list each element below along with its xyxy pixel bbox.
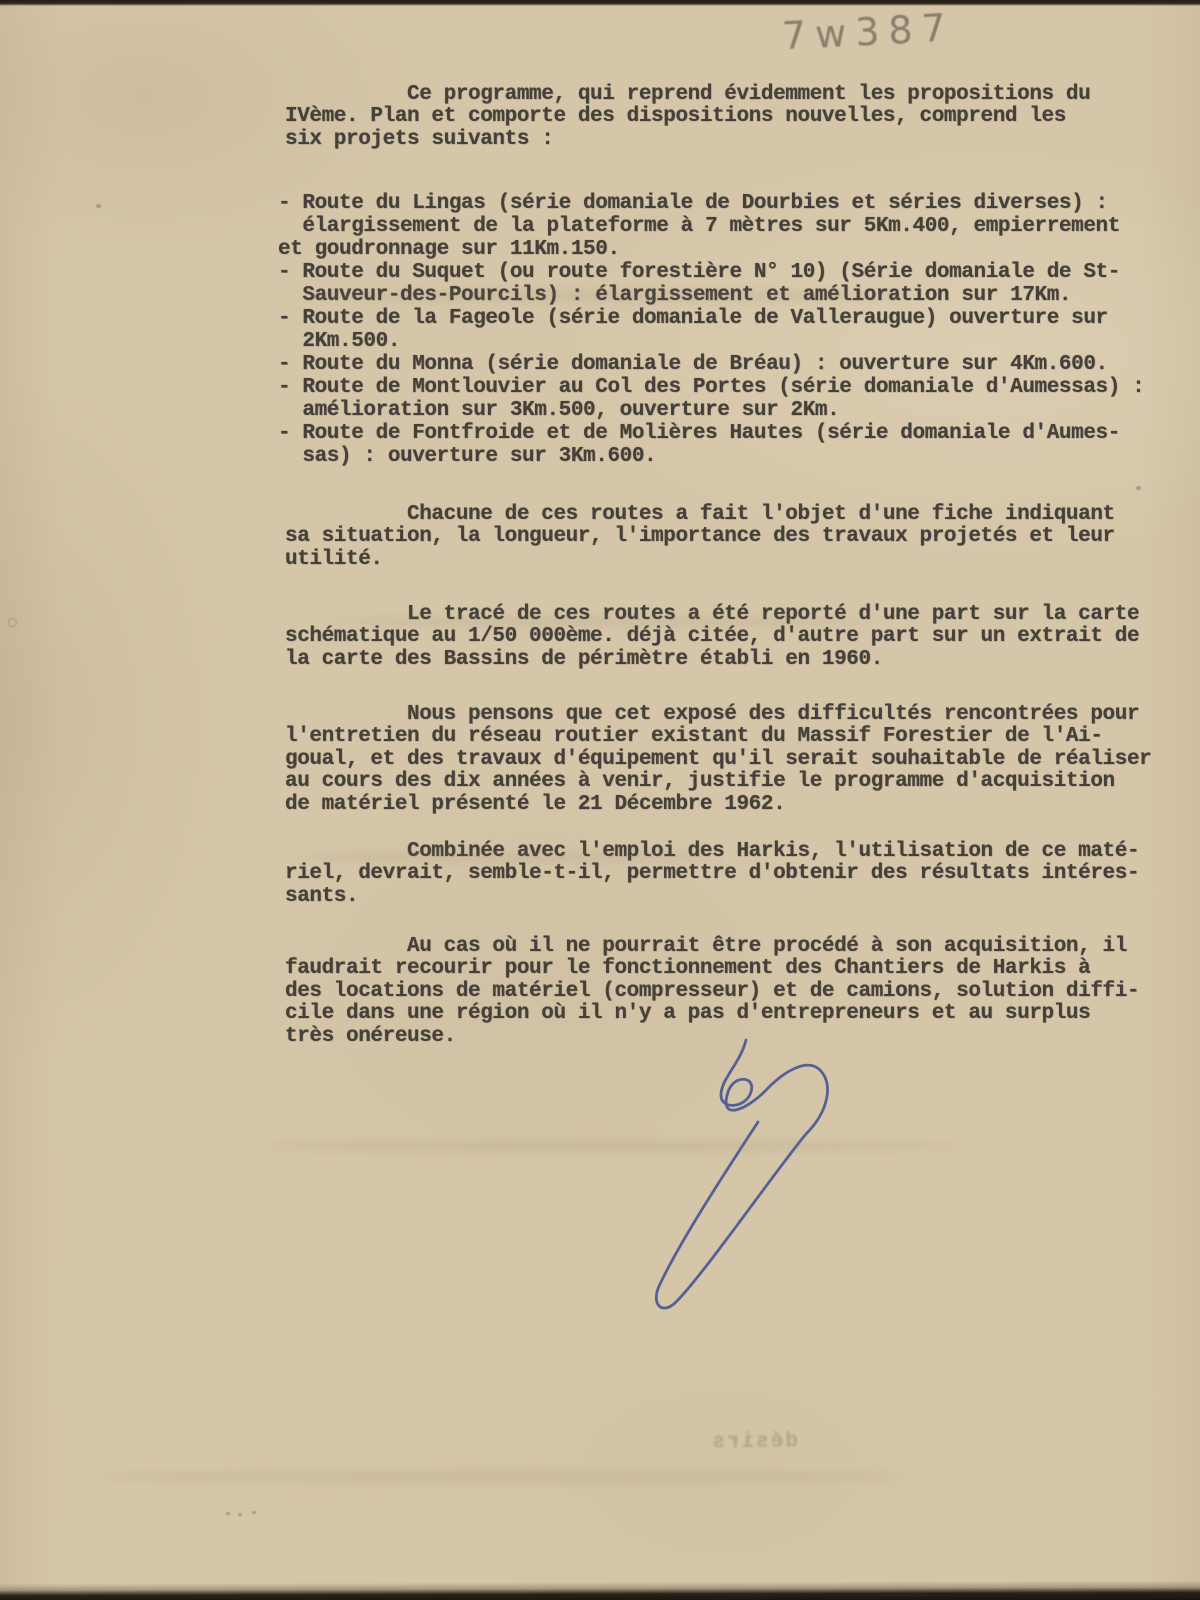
archival-reference-handwriting: 7w387 — [781, 6, 956, 59]
paragraph-fiches: Chacune de ces routes a fait l'objet d'u… — [285, 504, 1115, 571]
paper-speck — [238, 1513, 242, 1516]
paper-speck — [8, 618, 17, 627]
paragraph-programme-acquisition: Nous pensons que cet exposé des difficul… — [285, 704, 1151, 816]
scan-edge-bottom — [0, 1580, 1200, 1600]
paper-speck — [1136, 486, 1141, 490]
route-project-list: - Route du Lingas (série domaniale de Do… — [278, 192, 1144, 468]
paragraph-locations-materiel: Au cas où il ne pourrait être procédé à … — [285, 936, 1139, 1048]
paper-stain — [330, 616, 870, 627]
paragraph-trace-carte: Le tracé de ces routes a été reporté d'u… — [285, 604, 1139, 671]
paragraph-emploi-harkis: Combinée avec l'emploi des Harkis, l'uti… — [285, 841, 1139, 908]
handwritten-signature — [600, 1036, 900, 1336]
paper-speck — [226, 1512, 230, 1515]
paper-stain — [260, 1140, 960, 1152]
intro-paragraph: Ce programme, qui reprend évidemment les… — [285, 84, 1090, 151]
paper-stain — [300, 852, 720, 862]
paper-stain — [300, 290, 920, 302]
paper-speck — [96, 204, 101, 208]
scanned-document-page: 7w387 Ce programme, qui reprend évidemme… — [0, 0, 1200, 1600]
bleed-through-text: désirs — [498, 1430, 798, 1456]
paper-stain — [100, 1470, 900, 1484]
paper-speck — [252, 1511, 256, 1514]
scan-edge-top — [0, 0, 1200, 6]
